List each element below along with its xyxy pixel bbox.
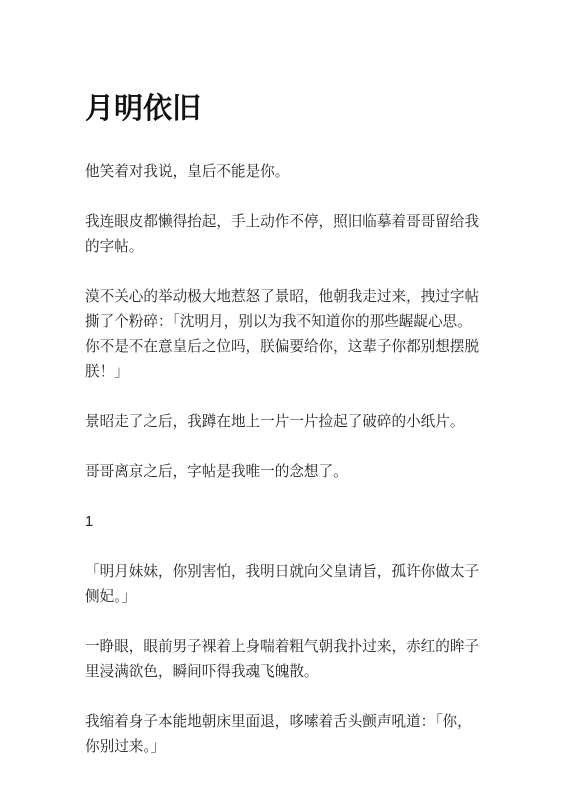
story-paragraph: 我连眼皮都懒得抬起，手上动作不停，照旧临摹着哥哥留给我的字帖。 [85,210,480,260]
page-title: 月明依旧 [85,92,480,126]
story-paragraph: 哥哥离京之后，字帖是我唯一的念想了。 [85,460,480,485]
story-paragraph: 他笑着对我说，皇后不能是你。 [85,160,480,185]
story-paragraph: 1 [85,510,480,535]
document-page: 月明依旧 他笑着对我说，皇后不能是你。我连眼皮都懒得抬起，手上动作不停，照旧临摹… [0,0,565,800]
story-paragraph: 一睁眼，眼前男子裸着上身喘着粗气朝我扑过来，赤红的眸子里浸满欲色，瞬间吓得我魂飞… [85,635,480,685]
story-paragraph: 我缩着身子本能地朝床里面退，哆嗦着舌头颤声吼道：「你，你别过来。」 [85,710,480,760]
story-body: 他笑着对我说，皇后不能是你。我连眼皮都懒得抬起，手上动作不停，照旧临摹着哥哥留给… [85,160,480,760]
story-paragraph: 漠不关心的举动极大地惹怒了景昭，他朝我走过来，拽过字帖撕了个粉碎：「沈明月，别以… [85,285,480,385]
story-paragraph: 景昭走了之后，我蹲在地上一片一片捡起了破碎的小纸片。 [85,410,480,435]
story-paragraph: 「明月妹妹，你别害怕，我明日就向父皇请旨，孤许你做太子侧妃。」 [85,560,480,610]
